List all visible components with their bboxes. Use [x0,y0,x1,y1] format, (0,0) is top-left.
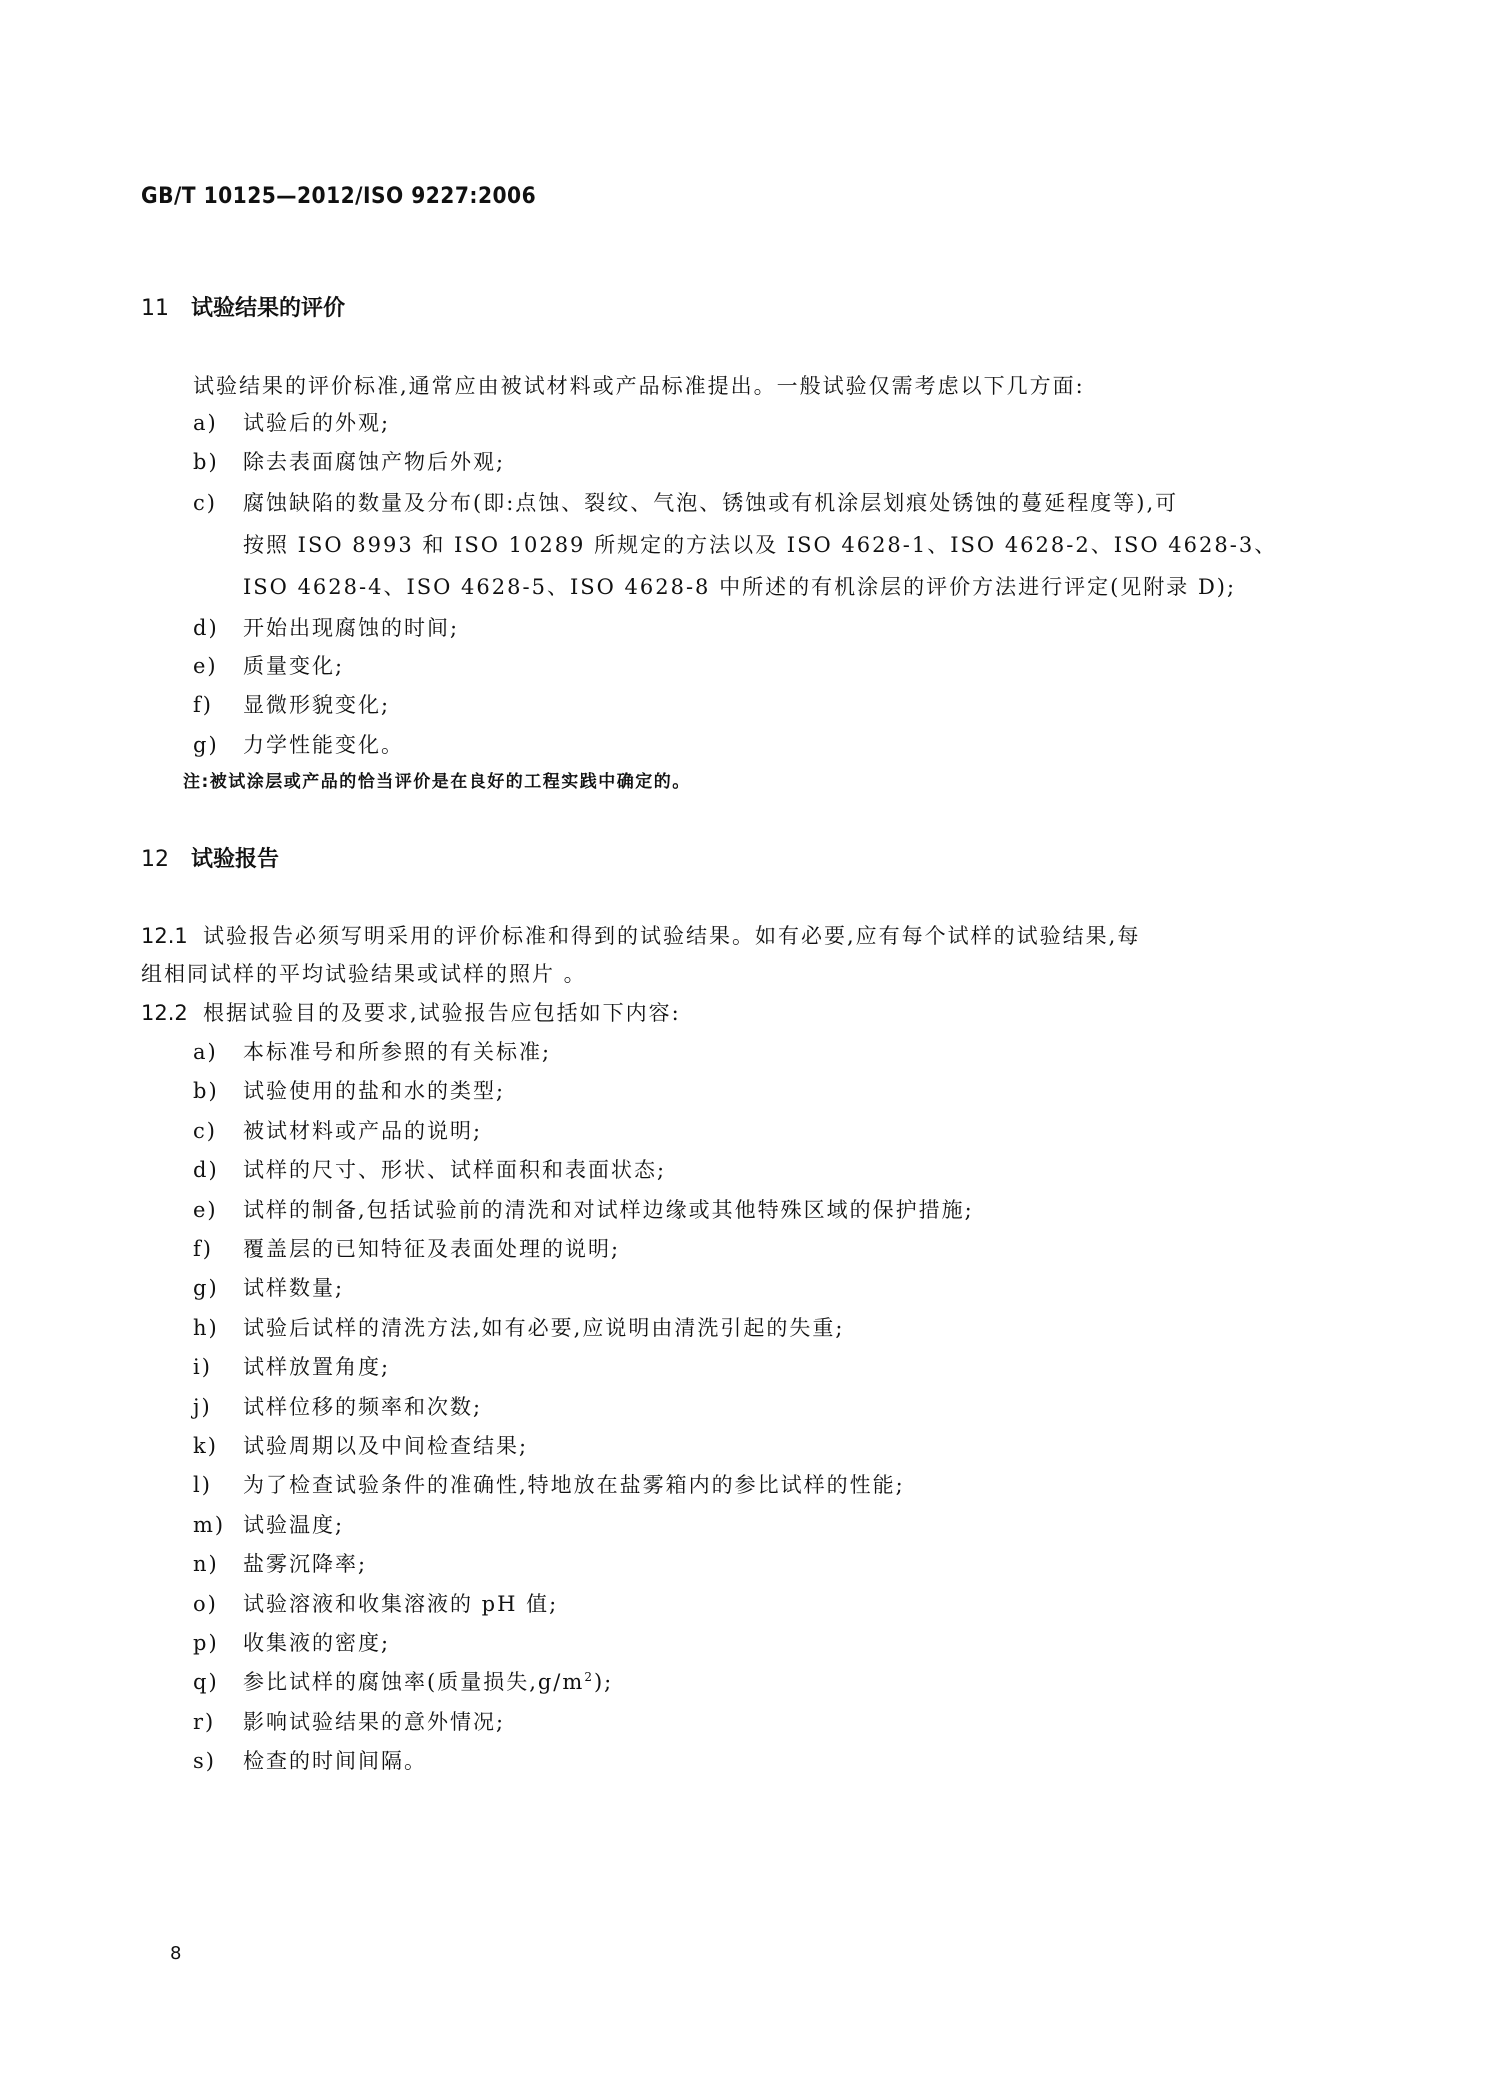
list-marker: d) [193,1160,219,1181]
list-item-main-text: 检查的时间间隔。 [243,1749,427,1773]
list-item-text: 腐蚀缺陷的数量及分布(即:点蚀、裂纹、气泡、锈蚀或有机涂层划痕处锈蚀的蔓延程度等… [243,493,1178,514]
list-item-text: 试验温度; [243,1515,344,1536]
list-item-main-text: 试验周期以及中间检查结果; [243,1434,528,1458]
list-marker: h) [193,1318,219,1339]
list-item-main-text: 试验后试样的清洗方法,如有必要,应说明由清洗引起的失重; [243,1316,844,1340]
list-marker: d) [193,618,219,639]
list-marker: e) [193,1200,218,1221]
list-marker: g) [193,735,219,756]
list-item-suffix: ); [594,1670,613,1694]
section-number: 11 [141,298,191,320]
list-item-main-text: 被试材料或产品的说明; [243,1119,482,1143]
section-11-heading: 11试验结果的评价 [141,298,345,320]
list-item-text: 试样的尺寸、形状、试样面积和表面状态; [243,1160,666,1181]
list-marker: s) [193,1751,216,1772]
list-item-main-text: 覆盖层的已知特征及表面处理的说明; [243,1237,620,1261]
list-marker: i) [193,1357,212,1378]
list-marker: a) [193,1042,218,1063]
list-item-main-text: 为了检查试验条件的准确性,特地放在盐雾箱内的参比试样的性能; [243,1473,905,1497]
list-item-text: 盐雾沉降率; [243,1554,367,1575]
list-item-main-text: 试样放置角度; [243,1355,390,1379]
list-item-text: 质量变化; [243,656,344,677]
list-marker: g) [193,1278,219,1299]
list-item-main-text: 试验温度; [243,1513,344,1537]
clause-12-1: 12.1试验报告必须写明采用的评价标准和得到的试验结果。如有必要,应有每个试样的… [141,926,1140,947]
list-item-text: 试样放置角度; [243,1357,390,1378]
list-marker: q) [193,1672,219,1693]
standard-code-header: GB/T 10125—2012/ISO 9227:2006 [141,186,536,208]
list-item-text: 检查的时间间隔。 [243,1751,427,1772]
list-marker: l) [193,1475,212,1496]
list-item-text: 试验溶液和收集溶液的 pH 值; [243,1594,558,1615]
list-item-main-text: 试样数量; [243,1276,344,1300]
list-marker: m) [193,1515,225,1536]
list-item-text: 试样数量; [243,1278,344,1299]
list-item-text: 覆盖层的已知特征及表面处理的说明; [243,1239,620,1260]
list-item-text: 为了检查试验条件的准确性,特地放在盐雾箱内的参比试样的性能; [243,1475,905,1496]
list-item-main-text: 试样的制备,包括试验前的清洗和对试样边缘或其他特殊区域的保护措施; [243,1198,974,1222]
list-item-main-text: 试验使用的盐和水的类型; [243,1079,505,1103]
list-marker: o) [193,1594,218,1615]
list-item-text: 按照 ISO 8993 和 ISO 10289 所规定的方法以及 ISO 462… [243,535,1277,556]
list-marker: k) [193,1436,218,1457]
page-number: 8 [170,1945,181,1963]
list-item-main-text: 试样的尺寸、形状、试样面积和表面状态; [243,1158,666,1182]
list-item-text: 除去表面腐蚀产物后外观; [243,452,505,473]
list-marker: c) [193,1121,217,1142]
clause-12-1-continuation: 组相同试样的平均试验结果或试样的照片 。 [141,964,587,985]
section-11-intro: 试验结果的评价标准,通常应由被试材料或产品标准提出。一般试验仅需考虑以下几方面: [193,376,1085,397]
list-marker: f) [193,695,213,716]
section-number: 12 [141,849,191,871]
section-title: 试验报告 [191,847,279,872]
list-item-text: ISO 4628-4、ISO 4628-5、ISO 4628-8 中所述的有机涂… [243,577,1236,598]
list-item-main-text: 本标准号和所参照的有关标准; [243,1040,551,1064]
list-item-main-text: 试验溶液和收集溶液的 pH 值; [243,1592,558,1616]
list-item-text: 被试材料或产品的说明; [243,1121,482,1142]
list-item-text: 显微形貌变化; [243,695,390,716]
list-marker: r) [193,1712,215,1733]
list-marker: f) [193,1239,213,1260]
list-marker: b) [193,1081,219,1102]
list-item-text: 试验后试样的清洗方法,如有必要,应说明由清洗引起的失重; [243,1318,844,1339]
list-marker: c) [193,493,217,514]
list-item-text: 试验周期以及中间检查结果; [243,1436,528,1457]
list-item-text: 本标准号和所参照的有关标准; [243,1042,551,1063]
list-marker: b) [193,452,219,473]
list-item-text: 试验后的外观; [243,413,390,434]
section-12-heading: 12试验报告 [141,849,279,871]
superscript: 2 [584,1670,594,1684]
list-marker: e) [193,656,218,677]
list-marker: a) [193,413,218,434]
clause-text: 根据试验目的及要求,试验报告应包括如下内容: [203,1001,681,1025]
list-item-text: 影响试验结果的意外情况; [243,1712,505,1733]
list-marker: n) [193,1554,219,1575]
list-item-main-text: 影响试验结果的意外情况; [243,1710,505,1734]
list-item-text: 参比试样的腐蚀率(质量损失,g/m2); [243,1672,613,1693]
note: 注:被试涂层或产品的恰当评价是在良好的工程实践中确定的。 [183,774,691,791]
clause-number: 12.1 [141,926,203,947]
section-title: 试验结果的评价 [191,296,345,321]
list-marker: j) [193,1397,212,1418]
list-item-text: 试样的制备,包括试验前的清洗和对试样边缘或其他特殊区域的保护措施; [243,1200,974,1221]
list-item-text: 收集液的密度; [243,1633,390,1654]
list-item-text: 试验使用的盐和水的类型; [243,1081,505,1102]
list-item-main-text: 收集液的密度; [243,1631,390,1655]
list-item-main-text: 盐雾沉降率; [243,1552,367,1576]
list-item-text: 开始出现腐蚀的时间; [243,618,459,639]
clause-number: 12.2 [141,1003,203,1024]
document-page: GB/T 10125—2012/ISO 9227:2006 11试验结果的评价 … [0,0,1485,2100]
list-item-main-text: 试样位移的频率和次数; [243,1395,482,1419]
list-item-text: 试样位移的频率和次数; [243,1397,482,1418]
clause-12-2: 12.2根据试验目的及要求,试验报告应包括如下内容: [141,1003,681,1024]
clause-text: 试验报告必须写明采用的评价标准和得到的试验结果。如有必要,应有每个试样的试验结果… [203,924,1140,948]
list-marker: p) [193,1633,219,1654]
list-item-main-text: 参比试样的腐蚀率(质量损失,g/m [243,1670,584,1694]
list-item-text: 力学性能变化。 [243,735,404,756]
